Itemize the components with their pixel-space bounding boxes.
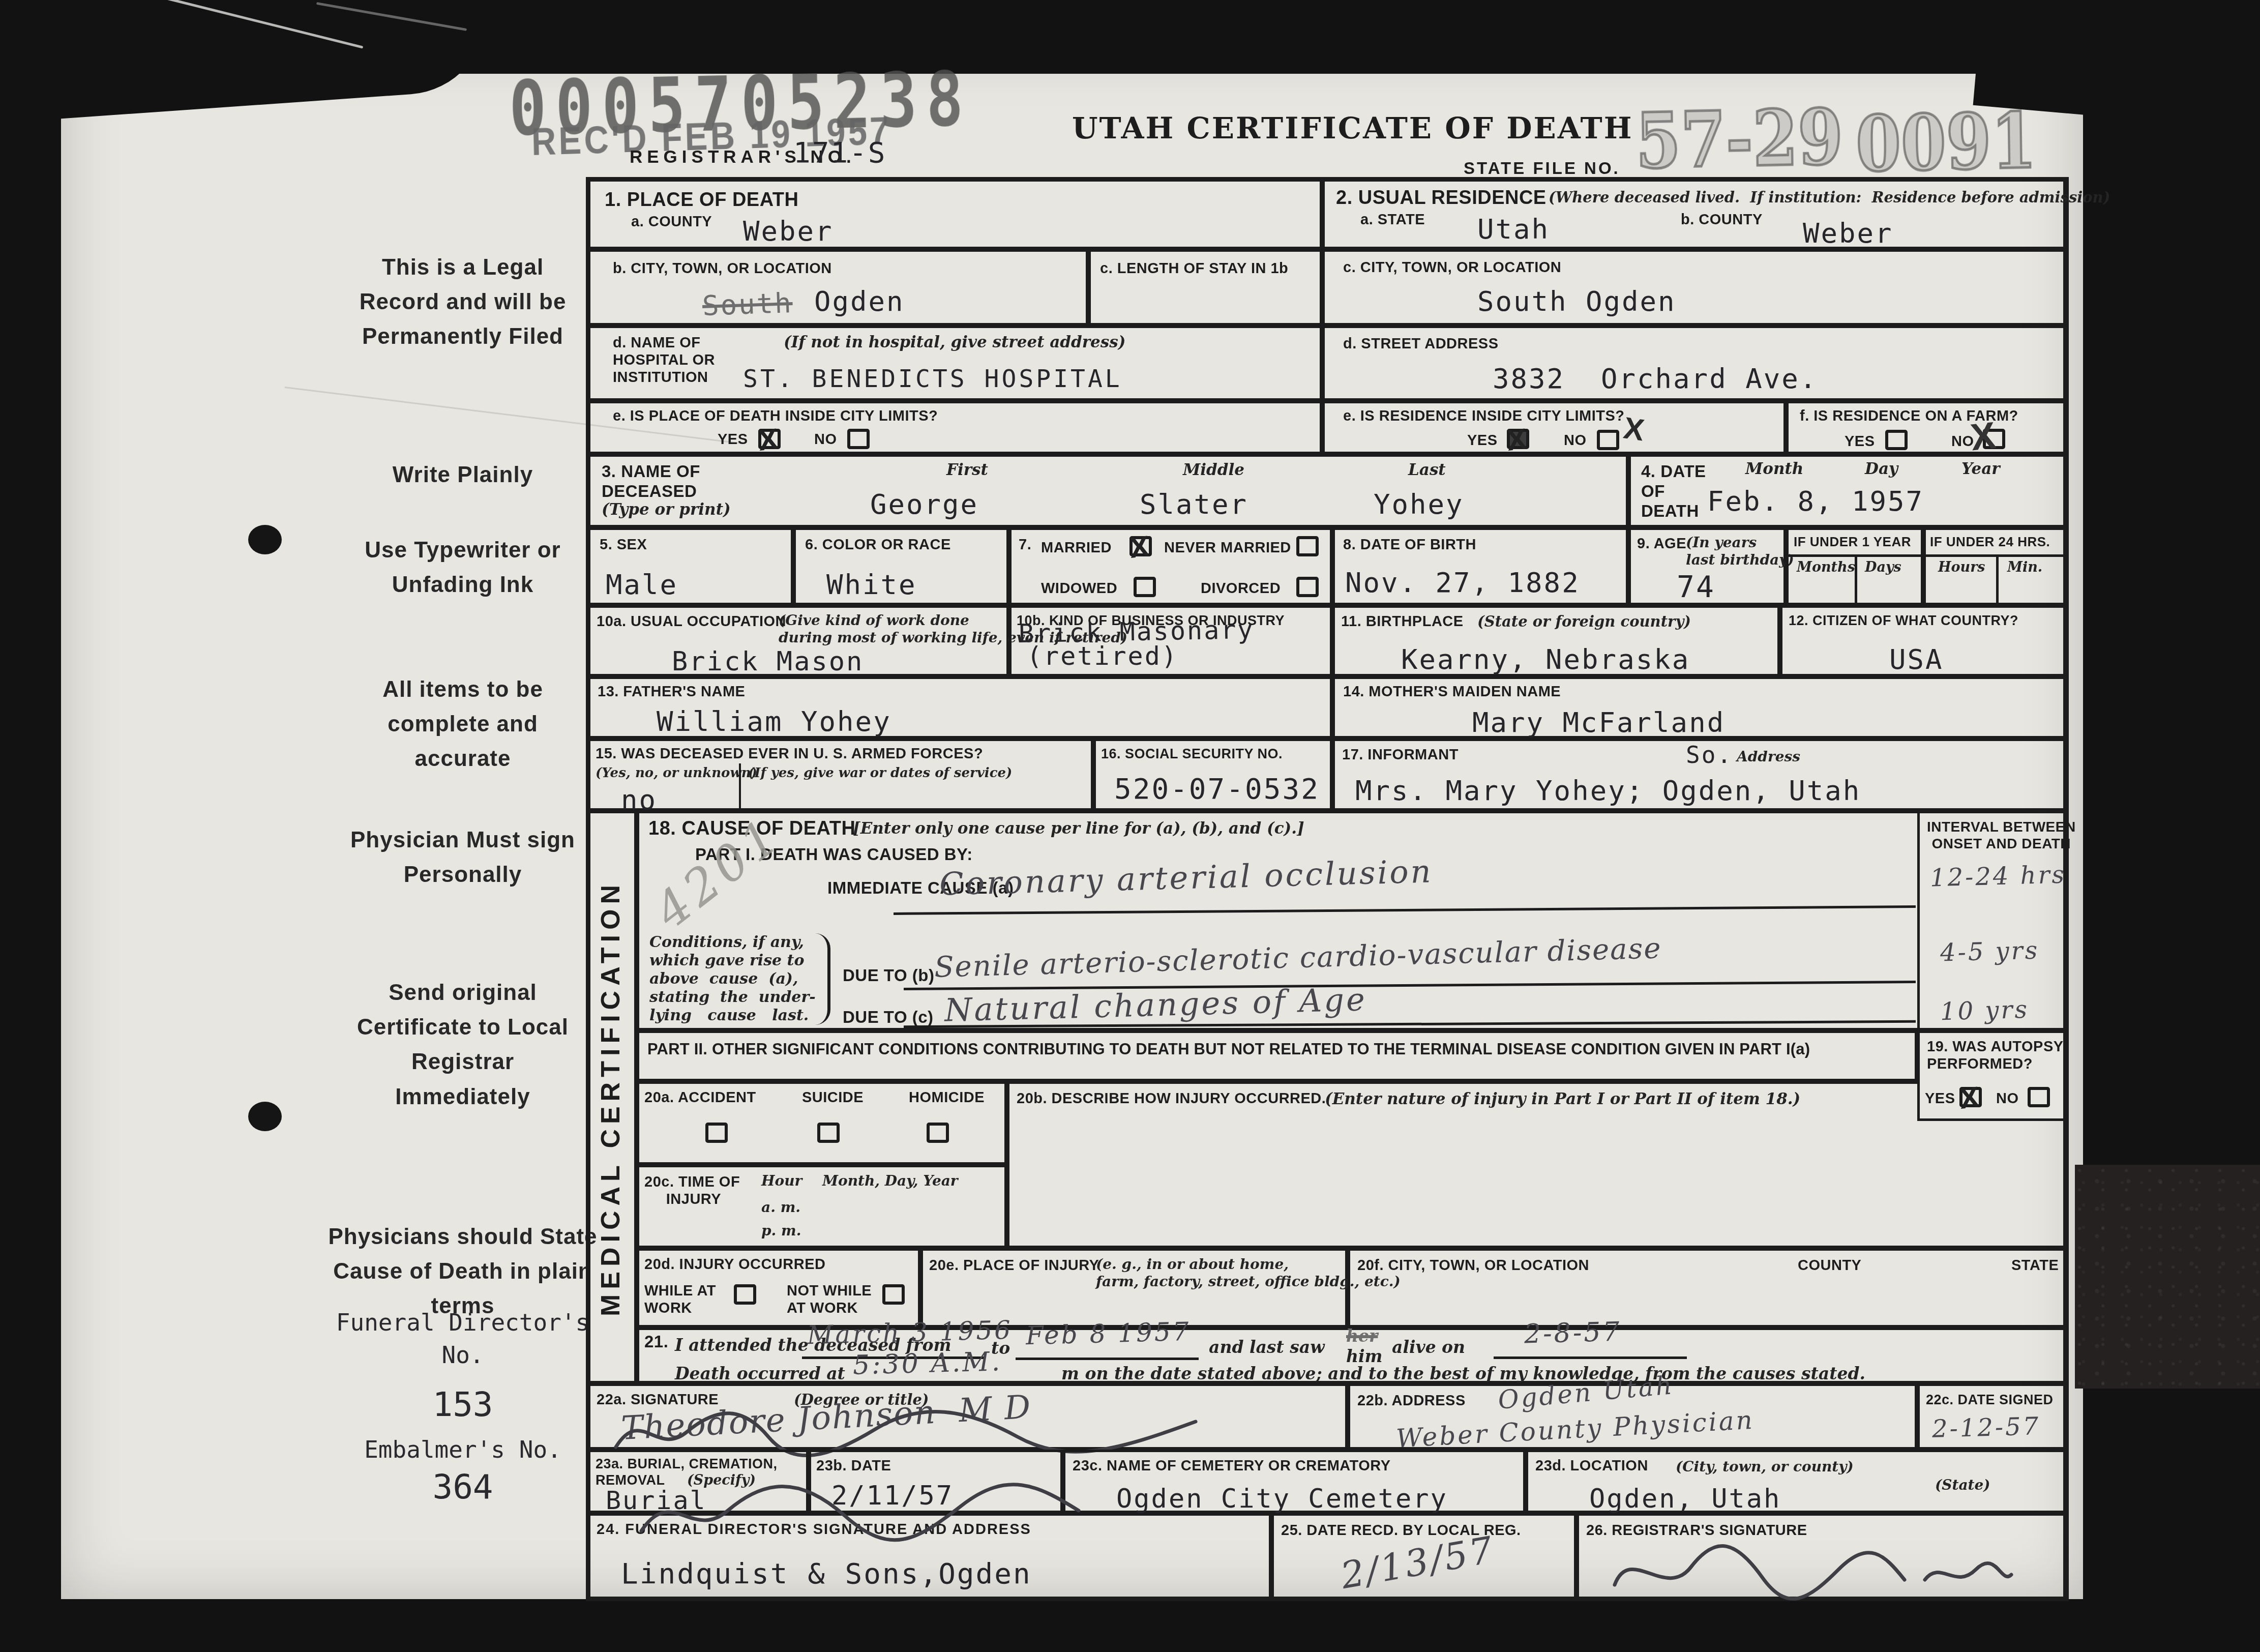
field-label: 5. SEX: [600, 536, 647, 553]
field-label: b. COUNTY: [1681, 211, 1763, 228]
field-value: Weber: [743, 215, 834, 247]
widowed-checkbox: [1134, 577, 1156, 597]
interval-a-value: 12-24 hrs: [1929, 861, 2066, 893]
divorced-checkbox: [1296, 577, 1319, 597]
divider: [1996, 554, 1999, 605]
field-label: IF UNDER 24 HRS.: [1930, 534, 2050, 550]
scan-edge-left: [0, 0, 61, 1652]
field-17-informant: 17. INFORMANT So. Address Mrs. Mary Yohe…: [1332, 739, 2066, 811]
attended-from-value: March 3 1956: [807, 1315, 1013, 1350]
embalmers-no-label: Embalmer's No.: [331, 1433, 595, 1466]
due-to-c-label: DUE TO (c): [843, 1008, 934, 1027]
no-checkbox: [1597, 430, 1619, 450]
margin-legal-record-note: This is a Legal Record and will be Perma…: [341, 250, 585, 355]
field-12-citizen: 12. CITIZEN OF WHAT COUNTRY? USA: [1780, 605, 2066, 676]
field-1d-hospital: d. NAME OF HOSPITAL OR INSTITUTION (If n…: [588, 326, 1322, 401]
no-label: NO: [814, 431, 837, 448]
punch-hole: [248, 1102, 282, 1131]
divorced-label: DIVORCED: [1201, 580, 1281, 597]
mdy-header: Month, Day, Year: [822, 1172, 958, 1190]
field-hint: (State or foreign country): [1477, 613, 1691, 631]
column-header: Last: [1408, 461, 1446, 480]
homicide-checkbox: [927, 1123, 949, 1143]
widowed-label: WIDOWED: [1041, 580, 1117, 597]
married-checkbox: X: [1129, 536, 1152, 556]
field-label: 20d. INJURY OCCURRED: [644, 1256, 825, 1273]
divider: [1926, 554, 2063, 557]
embalmers-no-value: 364: [331, 1464, 595, 1511]
field-label: 2. USUAL RESIDENCE: [1336, 187, 1547, 210]
entry-line: [1016, 1358, 1199, 1360]
punch-hole: [248, 525, 282, 554]
field-value: Nov. 27, 1882: [1345, 567, 1580, 599]
field-18-part2: PART II. OTHER SIGNIFICANT CONDITIONS CO…: [637, 1030, 1917, 1081]
field-23c-cemetery: 23c. NAME OF CEMETERY OR CREMATORY Ogden…: [1063, 1450, 1526, 1513]
physician-signature-scribble: [611, 1401, 1221, 1457]
scan-edge-right: [2083, 0, 2260, 1652]
x-mark: X: [1505, 422, 1528, 458]
address-header: Address: [1737, 748, 1800, 765]
field-label: 20b. DESCRIBE HOW INJURY OCCURRED.: [1017, 1090, 1326, 1107]
suicide-checkbox: [817, 1123, 840, 1143]
not-while-label: NOT WHILE AT WORK: [787, 1282, 872, 1317]
field-hint: (In years last birthday): [1686, 534, 1794, 568]
field-20c-time-of-injury: 20c. TIME OF INJURY Hour Month, Day, Yea…: [637, 1165, 1007, 1248]
alive-on-label: alive on: [1392, 1337, 1465, 1358]
state-file-stamp-right: 0091: [1855, 96, 2037, 189]
homicide-label: HOMICIDE: [909, 1089, 985, 1106]
field-label: 9. AGE: [1637, 535, 1686, 552]
death-time-value: 5:30 A.M.: [852, 1346, 1002, 1381]
margin-typewriter-note: Use Typewriter or Unfading Ink: [341, 533, 585, 602]
address-value-line2: Weber County Physician: [1395, 1405, 1755, 1454]
not-while-checkbox: [882, 1284, 905, 1305]
typed-x-aside: X: [1621, 410, 1646, 448]
field-value-struck: South: [702, 287, 793, 322]
never-married-checkbox: [1296, 536, 1319, 556]
yes-checkbox: X: [1959, 1087, 1982, 1107]
field-19-autopsy: 19. WAS AUTOPSY PERFORMED? YES X NO: [1917, 1030, 2066, 1121]
field-9-age: 9. AGE (In years last birthday) 74: [1628, 527, 1786, 605]
field-20f-injury-location: 20f. CITY, TOWN, OR LOCATION COUNTY STAT…: [1348, 1248, 2066, 1327]
state-hint: (State): [1935, 1477, 1990, 1494]
field-7-marital-status: 7. MARRIED X NEVER MARRIED WIDOWED DIVOR…: [1009, 527, 1332, 605]
x-mark: X: [1958, 1080, 1981, 1116]
attended-to-value: Feb 8 1957: [1025, 1317, 1191, 1350]
last-name-value: Yohey: [1374, 488, 1464, 520]
field-16-ssn: 16. SOCIAL SECURITY NO. 520-07-0532: [1093, 739, 1332, 811]
field-22a-signature: 22a. SIGNATURE (Degree or title) Theodor…: [588, 1383, 1348, 1450]
column-header: Year: [1961, 460, 2000, 479]
field-value: William Yohey: [657, 705, 891, 737]
am-label: a. m.: [761, 1199, 800, 1216]
field-20d-injury-occurred: 20d. INJURY OCCURRED WHILE AT WORK NOT W…: [637, 1248, 920, 1327]
interval-c-value: 10 yrs: [1940, 995, 2029, 1026]
conditions-note: Conditions, if any, which gave rise to a…: [649, 933, 816, 1025]
field-label: 26. REGISTRAR'S SIGNATURE: [1586, 1522, 1807, 1539]
field-6-color-or-race: 6. COLOR OR RACE White: [793, 527, 1009, 605]
field-label: 13. FATHER'S NAME: [598, 683, 745, 700]
medical-certification-label: MEDICAL CERTIFICATION: [596, 844, 631, 1352]
field-label: 17. INFORMANT: [1342, 746, 1459, 763]
field-value: Mrs. Mary Yohey; Ogden, Utah: [1355, 775, 1861, 807]
field-14-mother: 14. MOTHER'S MAIDEN NAME Mary McFarland: [1332, 676, 2066, 739]
column-header: First: [946, 461, 988, 480]
no-checkbox: [2028, 1087, 2050, 1107]
field-label: b. CITY, TOWN, OR LOCATION: [613, 260, 832, 277]
field-label: a. STATE: [1360, 211, 1425, 228]
field-22c-date-signed: 22c. DATE SIGNED 2-12-57: [1917, 1383, 2066, 1450]
funeral-director-no-label: Funeral Director's No.: [331, 1306, 595, 1372]
entry-line: [1494, 1356, 1687, 1359]
brace: [812, 933, 830, 1025]
field-3-name-of-deceased: 3. NAME OF DECEASED (Type or print) Firs…: [588, 454, 1628, 527]
field-1e-city-limits: e. IS PLACE OF DEATH INSIDE CITY LIMITS?…: [588, 401, 1322, 454]
field-9-under-1-year: IF UNDER 1 YEAR Months Days: [1786, 527, 1923, 605]
hour-header: Hour: [761, 1172, 802, 1190]
margin-send-original-note: Send original Certificate to Local Regis…: [341, 976, 585, 1114]
field-label: 20f. CITY, TOWN, OR LOCATION: [1357, 1257, 1589, 1274]
state-header: STATE: [2011, 1257, 2059, 1274]
scan-texture-band: [2075, 1165, 2260, 1389]
field-value: Mary McFarland: [1472, 706, 1725, 739]
field-value: Lindquist & Sons,Ogden: [621, 1557, 1032, 1590]
suicide-label: SUICIDE: [802, 1089, 864, 1106]
field-label: 10a. USUAL OCCUPATION: [597, 613, 786, 630]
immediate-cause-value: Coronary arterial occlusion: [939, 852, 1433, 902]
part2-label: PART II. OTHER SIGNIFICANT CONDITIONS CO…: [647, 1040, 1909, 1059]
field-number: 7.: [1019, 536, 1031, 553]
field-18-cause-of-death: 18. CAUSE OF DEATH [Enter only one cause…: [637, 811, 2066, 1030]
field-value: Ogden City Cemetery: [1116, 1484, 1448, 1514]
field-label: 15. WAS DECEASED EVER IN U. S. ARMED FOR…: [596, 745, 983, 762]
alive-on-value: 2-8-57: [1524, 1317, 1622, 1350]
field-2d-street: d. STREET ADDRESS 3832 Orchard Ave.: [1322, 326, 2066, 401]
field-label: IF UNDER 1 YEAR: [1794, 534, 1911, 550]
field-value: 3832 Orchard Ave.: [1493, 363, 1818, 395]
never-married-label: NEVER MARRIED: [1164, 539, 1291, 556]
scanned-death-certificate: 0005705238 REC'D FEB 19 1957 REGISTRAR'S…: [0, 0, 2260, 1652]
margin-write-plainly-note: Write Plainly: [341, 458, 585, 492]
column-header: Middle: [1183, 461, 1244, 480]
yes-label: YES: [1925, 1090, 1955, 1107]
field-2c-city: c. CITY, TOWN, OR LOCATION South Ogden: [1322, 249, 2066, 326]
x-mark: X: [757, 422, 780, 458]
her-label-struck: her: [1346, 1326, 1378, 1346]
married-label: MARRIED: [1041, 539, 1112, 556]
field-label: d. STREET ADDRESS: [1343, 335, 1499, 352]
accident-label: 20a. ACCIDENT: [644, 1089, 756, 1106]
field-2a-state-county: 2. USUAL RESIDENCE (Where deceased lived…: [1322, 179, 2066, 249]
field-hint: (If yes, give war or dates of service): [748, 765, 1012, 781]
field-26-registrar-signature: 26. REGISTRAR'S SIGNATURE: [1577, 1513, 2066, 1600]
field-9-under-24-hrs: IF UNDER 24 HRS. Hours Min.: [1923, 527, 2066, 605]
field-10a-occupation: 10a. USUAL OCCUPATION (Give kind of work…: [588, 605, 1009, 676]
field-label: 12. CITIZEN OF WHAT COUNTRY?: [1789, 613, 2018, 629]
state-file-no-label: STATE FILE NO.: [1464, 159, 1620, 179]
field-label: 1. PLACE OF DEATH: [605, 189, 799, 212]
certificate-title: UTAH CERTIFICATE OF DEATH: [1072, 111, 1633, 145]
state-file-stamp-left: 57-29: [1635, 93, 1843, 186]
field-label: 3. NAME OF DECEASED: [602, 462, 700, 501]
field-hint: (Type or print): [602, 500, 731, 519]
field-hint: (Where deceased lived. If institution: R…: [1549, 189, 2110, 206]
field-value: Feb. 8, 1957: [1707, 485, 1924, 517]
funeral-director-signature-scribble: [631, 1455, 1089, 1546]
no-label: NO: [1996, 1090, 2019, 1107]
medical-certification-strip: MEDICAL CERTIFICATION: [588, 811, 637, 1383]
field-label: 20e. PLACE OF INJURY: [929, 1257, 1099, 1274]
divider: [739, 763, 741, 812]
field-label: 6. COLOR OR RACE: [805, 536, 951, 553]
field-20a-accident: 20a. ACCIDENT SUICIDE HOMICIDE: [637, 1081, 1007, 1165]
entry-line: [894, 905, 1916, 915]
field-label: a. COUNTY: [631, 213, 712, 230]
yes-checkbox: X: [758, 429, 781, 449]
field-25-date-received: 25. DATE RECD. BY LOCAL REG. 2/13/57: [1271, 1513, 1577, 1600]
field-label: 14. MOTHER'S MAIDEN NAME: [1343, 683, 1561, 700]
field-2f-farm: f. IS RESIDENCE ON A FARM? YES NO X: [1786, 401, 2066, 454]
field-value: South Ogden: [1477, 285, 1676, 317]
field-20b-describe-injury: 20b. DESCRIBE HOW INJURY OCCURRED. (Ente…: [1007, 1081, 2066, 1248]
field-10b-industry: 10b. KIND OF BUSINESS OR INDUSTRY Brick …: [1009, 605, 1332, 676]
field-value: White: [826, 569, 917, 601]
due-to-b-label: DUE TO (b): [843, 966, 934, 986]
informant-so-fragment: So.: [1686, 741, 1733, 769]
death-suffix: m on the date stated above; and to the b…: [1061, 1364, 1865, 1384]
field-2e-city-limits: e. IS RESIDENCE INSIDE CITY LIMITS? YES …: [1322, 401, 1786, 454]
field-value: 520-07-0532: [1114, 773, 1320, 806]
middle-name-value: Slater: [1140, 488, 1248, 520]
field-value: Male: [606, 569, 678, 601]
field-number: 21.: [644, 1332, 668, 1352]
field-label: 4. DATE OF DEATH: [1641, 462, 1706, 521]
months-header: Months: [1797, 559, 1855, 576]
field-hint: (Yes, no, or unknown): [596, 765, 757, 781]
hours-header: Hours: [1938, 559, 1985, 576]
field-24-funeral-director: 24. FUNERAL DIRECTOR'S SIGNATURE AND ADD…: [588, 1513, 1271, 1600]
field-15-armed-forces: 15. WAS DECEASED EVER IN U. S. ARMED FOR…: [588, 739, 1093, 811]
field-hint: (City, town, or county): [1676, 1458, 1854, 1476]
yes-label: YES: [718, 431, 748, 448]
field-label: 11. BIRTHPLACE: [1341, 613, 1464, 630]
death-occurred-label: Death occurred at: [675, 1364, 845, 1384]
field-4-date-of-death: 4. DATE OF DEATH Month Day Year Feb. 8, …: [1628, 454, 2066, 527]
field-label: c. LENGTH OF STAY IN 1b: [1100, 260, 1288, 277]
field-11-birthplace: 11. BIRTHPLACE (State or foreign country…: [1332, 605, 1780, 676]
field-label: d. NAME OF HOSPITAL OR INSTITUTION: [613, 334, 715, 387]
field-label: 23c. NAME OF CEMETERY OR CREMATORY: [1073, 1457, 1391, 1474]
field-value: (retired): [1027, 641, 1178, 671]
field-value: USA: [1889, 643, 1944, 675]
min-header: Min.: [2007, 559, 2042, 576]
x-mark: X: [1128, 529, 1151, 565]
first-name-value: George: [870, 488, 978, 520]
yes-label: YES: [1467, 432, 1498, 449]
margin-physician-sign-note: Physician Must sign Personally: [341, 823, 585, 892]
interval-header: INTERVAL BETWEEN ONSET AND DEATH: [1927, 818, 2076, 852]
no-checkbox: [847, 429, 870, 449]
field-8-date-of-birth: 8. DATE OF BIRTH Nov. 27, 1882: [1332, 527, 1628, 605]
field-value: Utah: [1477, 213, 1550, 245]
field-1b-city: b. CITY, TOWN, OR LOCATION South Ogden: [588, 249, 1088, 326]
margin-complete-note: All items to be complete and accurate: [341, 672, 585, 777]
field-value: Brick Mason: [672, 646, 864, 677]
while-at-work-label: WHILE AT WORK: [644, 1282, 716, 1317]
field-1c-length-of-stay: c. LENGTH OF STAY IN 1b: [1088, 249, 1322, 326]
field-label: 22b. ADDRESS: [1357, 1392, 1466, 1409]
registrar-signature-scribble: [1610, 1539, 2016, 1600]
last-saw-label: and last saw: [1209, 1337, 1325, 1358]
column-header: Day: [1865, 460, 1898, 479]
field-label: 22c. DATE SIGNED: [1926, 1392, 2054, 1408]
yes-checkbox: [1885, 430, 1908, 450]
field-value: Ogden: [814, 285, 905, 317]
field-value: Kearny, Nebraska: [1401, 643, 1690, 675]
pm-label: p. m.: [761, 1222, 801, 1240]
field-1a-county: 1. PLACE OF DEATH a. COUNTY Weber: [588, 179, 1322, 249]
county-header: COUNTY: [1798, 1257, 1861, 1274]
registrar-no-value: 171-S: [793, 136, 887, 169]
field-21-attendance: 21. I attended the deceased from March 3…: [637, 1327, 2066, 1383]
field-label: c. CITY, TOWN, OR LOCATION: [1343, 259, 1561, 276]
date-signed-value: 2-12-57: [1931, 1412, 2041, 1443]
field-hint: (If not in hospital, give street address…: [784, 333, 1125, 352]
interval-b-value: 4-5 yrs: [1940, 936, 2040, 967]
field-label: 19. WAS AUTOPSY PERFORMED?: [1927, 1038, 2064, 1073]
field-5-sex: 5. SEX Male: [588, 527, 793, 605]
yes-label: YES: [1845, 433, 1875, 450]
field-label: 16. SOCIAL SECURITY NO.: [1101, 746, 1283, 762]
days-header: Days: [1865, 559, 1901, 576]
funeral-director-no-value: 153: [331, 1381, 595, 1428]
field-hint: [Enter only one cause per line for (a), …: [853, 819, 1304, 838]
column-header: Month: [1745, 460, 1803, 479]
field-label: e. IS RESIDENCE INSIDE CITY LIMITS?: [1343, 407, 1625, 425]
field-hint: (Enter nature of injury in Part I or Par…: [1325, 1090, 1800, 1109]
field-value: Weber: [1803, 217, 1893, 249]
field-label: 8. DATE OF BIRTH: [1343, 536, 1476, 553]
field-label: 20c. TIME OF INJURY: [644, 1173, 740, 1208]
no-checkbox: X: [1983, 429, 2005, 449]
field-18-interval-column: INTERVAL BETWEEN ONSET AND DEATH 12-24 h…: [1917, 811, 2066, 1030]
field-value: Ogden, Utah: [1589, 1484, 1781, 1514]
field-22b-address: 22b. ADDRESS Ogden Utah Weber County Phy…: [1348, 1383, 1917, 1450]
while-at-work-checkbox: [734, 1284, 756, 1305]
field-23d-location: 23d. LOCATION (City, town, or county) (S…: [1526, 1450, 2066, 1513]
due-to-b-value: Senile arterio-sclerotic cardio-vascular…: [934, 932, 1662, 984]
no-label: NO: [1564, 432, 1587, 449]
x-mark: X: [1969, 414, 1998, 459]
yes-checkbox: X: [1507, 429, 1529, 449]
field-value: ST. BENEDICTS HOSPITAL: [743, 365, 1122, 393]
field-13-father: 13. FATHER'S NAME William Yohey: [588, 676, 1332, 739]
accident-checkbox: [705, 1123, 728, 1143]
field-value: 74: [1677, 570, 1715, 604]
field-label: 23d. LOCATION: [1535, 1457, 1648, 1474]
scan-edge-bottom: [0, 1599, 2260, 1652]
